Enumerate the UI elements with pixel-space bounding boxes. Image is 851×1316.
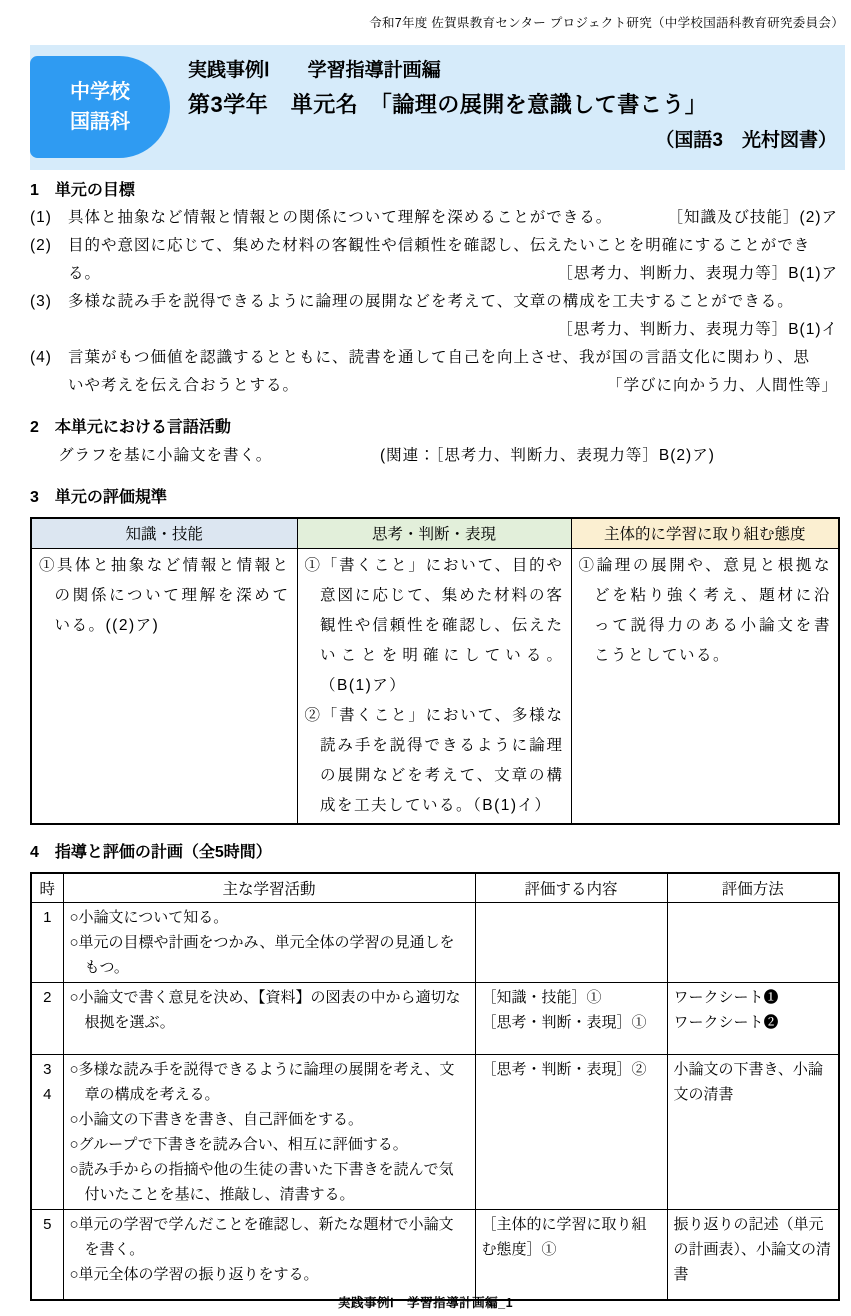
activity-item: ○グループで下書きを読み合い、相互に評価する。 [70,1132,469,1157]
language-activity-text: グラフを基に小論文を書く。 [58,441,380,470]
activity-item: ○単元全体の学習の振り返りをする。 [70,1262,469,1287]
eval-content-cell: ［主体的に学習に取り組む態度］① [475,1210,667,1300]
activity-item: ○読み手からの指摘や他の生徒の書いた下書きを読んで気付いたことを基に、推敲し、清… [70,1157,469,1207]
criteria-header-attitude: 主体的に学習に取り組む態度 [571,518,839,548]
page-footer: 実践事例Ⅰ 学習指導計画編_1 [0,1293,851,1311]
criteria-item: ②「書くこと」において、多様な読み手を説得できるように論理の展開などを考えて、文… [305,701,564,821]
goal-text: 多様な読み手を説得できるように論理の展開などを考えて、文章の構成を工夫することが… [68,288,794,316]
eval-item: ［主体的に学習に取り組む態度］① [482,1212,661,1262]
activities-cell: ○小論文で書く意見を決め、【資料】の図表の中から適切な根拠を選ぶ。 [63,983,475,1055]
goal-number: (3) [30,288,68,316]
goal-line: (4) 言葉がもつ価値を認識するとともに、読書を通して自己を向上させ、我が国の言… [30,344,838,372]
section4-heading: 4 指導と評価の計画（全5時間） [30,840,838,866]
eval-content-cell: ［知識・技能］① ［思考・判断・表現］① [475,983,667,1055]
activity-item: ○多様な読み手を説得できるように論理の展開を考え、文章の構成を考える。 [70,1057,469,1107]
eval-item: ［思考・判断・表現］① [482,1010,661,1035]
goal-text: いや考えを伝え合おうとする。 [68,372,299,400]
goal-competency-tag [830,288,838,316]
eval-method-cell: 振り返りの記述（単元の計画表）、小論文の清書 [667,1210,839,1300]
goal-line: いや考えを伝え合おうとする。 「学びに向かう力、人間性等」 [30,372,838,400]
hour-cell: 2 [31,983,63,1055]
criteria-cell-knowledge: ①具体と抽象など情報と情報との関係について理解を深めている。((2)ア) [31,548,297,824]
unit-goals-list: (1) 具体と抽象など情報と情報との関係について理解を深めることができる。 ［知… [30,204,838,400]
hour-cell: 1 [31,903,63,983]
badge-subject: 国語科 [70,107,130,137]
section1-heading: 1 単元の目標 [30,178,838,204]
goal-number [30,260,68,288]
eval-item: ［思考・判断・表現］② [482,1057,661,1082]
criteria-body-row: ①具体と抽象など情報と情報との関係について理解を深めている。((2)ア) ①「書… [31,548,839,824]
section2-heading: 2 本単元における言語活動 [30,415,838,441]
goal-number [30,316,68,344]
plan-header-eval-content: 評価する内容 [475,873,667,903]
document-header-note: 令和7年度 佐賀県教育センター プロジェクト研究（中学校国語科教育研究委員会） [369,13,844,31]
evaluation-criteria-table: 知識・技能 思考・判断・表現 主体的に学習に取り組む態度 ①具体と抽象など情報と… [30,517,840,825]
banner-titles: 実践事例Ⅰ 学習指導計画編 第3学年 単元名 「論理の展開を意識して書こう」 （… [188,55,837,152]
hour-cell: 3 4 [31,1055,63,1210]
goal-line: ［思考力、判断力、表現力等］B(1)イ [30,316,838,344]
goal-line: (2) 目的や意図に応じて、集めた材料の客観性や信頼性を確認し、伝えたいことを明… [30,232,838,260]
method-item: ワークシート❷ [674,1010,833,1035]
goal-line: る。 ［思考力、判断力、表現力等］B(1)ア [30,260,838,288]
plan-row: 5 ○単元の学習で学んだことを確認し、新たな題材で小論文を書く。 ○単元全体の学… [31,1210,839,1300]
criteria-cell-attitude: ①論理の展開や、意見と根拠などを粘り強く考え、題材に沿って説得力のある小論文を書… [571,548,839,824]
plan-header-hour: 時 [31,873,63,903]
document-body: 1 単元の目標 (1) 具体と抽象など情報と情報との関係について理解を深めること… [30,178,838,1301]
criteria-item: ①具体と抽象など情報と情報との関係について理解を深めている。((2)ア) [39,551,290,641]
goal-line: (1) 具体と抽象など情報と情報との関係について理解を深めることができる。 ［知… [30,204,838,232]
section3-heading: 3 単元の評価規準 [30,485,838,511]
activity-item: ○小論文の下書きを書き、自己評価をする。 [70,1107,469,1132]
goal-text: る。 [68,260,101,288]
criteria-cell-thinking: ①「書くこと」において、目的や意図に応じて、集めた材料の客観性や信頼性を確認し、… [297,548,571,824]
textbook-info: （国語3 光村図書） [188,125,837,152]
goal-text: 具体と抽象など情報と情報との関係について理解を深めることができる。 [68,204,612,232]
title-banner: 中学校 国語科 実践事例Ⅰ 学習指導計画編 第3学年 単元名 「論理の展開を意識… [30,45,845,170]
activity-item: ○単元の学習で学んだことを確認し、新たな題材で小論文を書く。 [70,1212,469,1262]
activities-cell: ○小論文について知る。 ○単元の目標や計画をつかみ、単元全体の学習の見通しをもつ… [63,903,475,983]
goal-number: (1) [30,204,68,232]
method-item: 小論文の下書き、小論文の清書 [674,1057,833,1107]
eval-method-cell [667,903,839,983]
eval-method-cell: 小論文の下書き、小論文の清書 [667,1055,839,1210]
eval-method-cell: ワークシート❶ ワークシート❷ [667,983,839,1055]
activities-cell: ○多様な読み手を説得できるように論理の展開を考え、文章の構成を考える。 ○小論文… [63,1055,475,1210]
goal-competency-tag: ［思考力、判断力、表現力等］B(1)イ [549,316,838,344]
goal-number: (4) [30,344,68,372]
goal-competency-tag: 「学びに向かう力、人間性等」 [599,372,838,400]
goal-line: (3) 多様な読み手を説得できるように論理の展開などを考えて、文章の構成を工夫す… [30,288,838,316]
goal-text: 目的や意図に応じて、集めた材料の客観性や信頼性を確認し、伝えたいことを明確にする… [68,232,810,260]
plan-row: 3 4 ○多様な読み手を説得できるように論理の展開を考え、文章の構成を考える。 … [31,1055,839,1210]
criteria-header-row: 知識・技能 思考・判断・表現 主体的に学習に取り組む態度 [31,518,839,548]
practice-case-title: 実践事例Ⅰ 学習指導計画編 [188,55,837,82]
method-item: ワークシート❶ [674,985,833,1010]
eval-item: ［知識・技能］① [482,985,661,1010]
eval-content-cell: ［思考・判断・表現］② [475,1055,667,1210]
activities-cell: ○単元の学習で学んだことを確認し、新たな題材で小論文を書く。 ○単元全体の学習の… [63,1210,475,1300]
document-page: 令和7年度 佐賀県教育センター プロジェクト研究（中学校国語科教育研究委員会） … [0,0,851,1316]
method-item: 振り返りの記述（単元の計画表）、小論文の清書 [674,1212,833,1287]
criteria-item: ①「書くこと」において、目的や意図に応じて、集めた材料の客観性や信頼性を確認し、… [305,551,564,701]
activity-item: ○単元の目標や計画をつかみ、単元全体の学習の見通しをもつ。 [70,930,469,980]
plan-header-row: 時 主な学習活動 評価する内容 評価方法 [31,873,839,903]
goal-competency-tag [830,232,838,260]
language-activity-relation: (関連：［思考力、判断力、表現力等］B(2)ア) [380,441,715,470]
activity-item: ○小論文で書く意見を決め、【資料】の図表の中から適切な根拠を選ぶ。 [70,985,469,1035]
plan-row: 2 ○小論文で書く意見を決め、【資料】の図表の中から適切な根拠を選ぶ。 ［知識・… [31,983,839,1055]
plan-row: 1 ○小論文について知る。 ○単元の目標や計画をつかみ、単元全体の学習の見通しを… [31,903,839,983]
plan-header-activities: 主な学習活動 [63,873,475,903]
criteria-header-knowledge: 知識・技能 [31,518,297,548]
activity-item: ○小論文について知る。 [70,905,469,930]
goal-number [30,372,68,400]
criteria-header-thinking: 思考・判断・表現 [297,518,571,548]
goal-competency-tag: ［思考力、判断力、表現力等］B(1)ア [549,260,838,288]
goal-competency-tag: ［知識及び技能］(2)ア [660,204,838,232]
hour-cell: 5 [31,1210,63,1300]
subject-badge: 中学校 国語科 [30,56,170,158]
eval-content-cell [475,903,667,983]
goal-number: (2) [30,232,68,260]
language-activity-line: グラフを基に小論文を書く。 (関連：［思考力、判断力、表現力等］B(2)ア) [30,441,838,470]
criteria-item: ①論理の展開や、意見と根拠などを粘り強く考え、題材に沿って説得力のある小論文を書… [579,551,832,671]
unit-title: 第3学年 単元名 「論理の展開を意識して書こう」 [188,88,837,119]
goal-text: 言葉がもつ価値を認識するとともに、読書を通して自己を向上させ、我が国の言語文化に… [68,344,810,372]
plan-header-eval-method: 評価方法 [667,873,839,903]
goal-competency-tag [830,344,838,372]
badge-school-level: 中学校 [70,77,130,107]
instruction-plan-table: 時 主な学習活動 評価する内容 評価方法 1 ○小論文について知る。 ○単元の目… [30,872,840,1301]
